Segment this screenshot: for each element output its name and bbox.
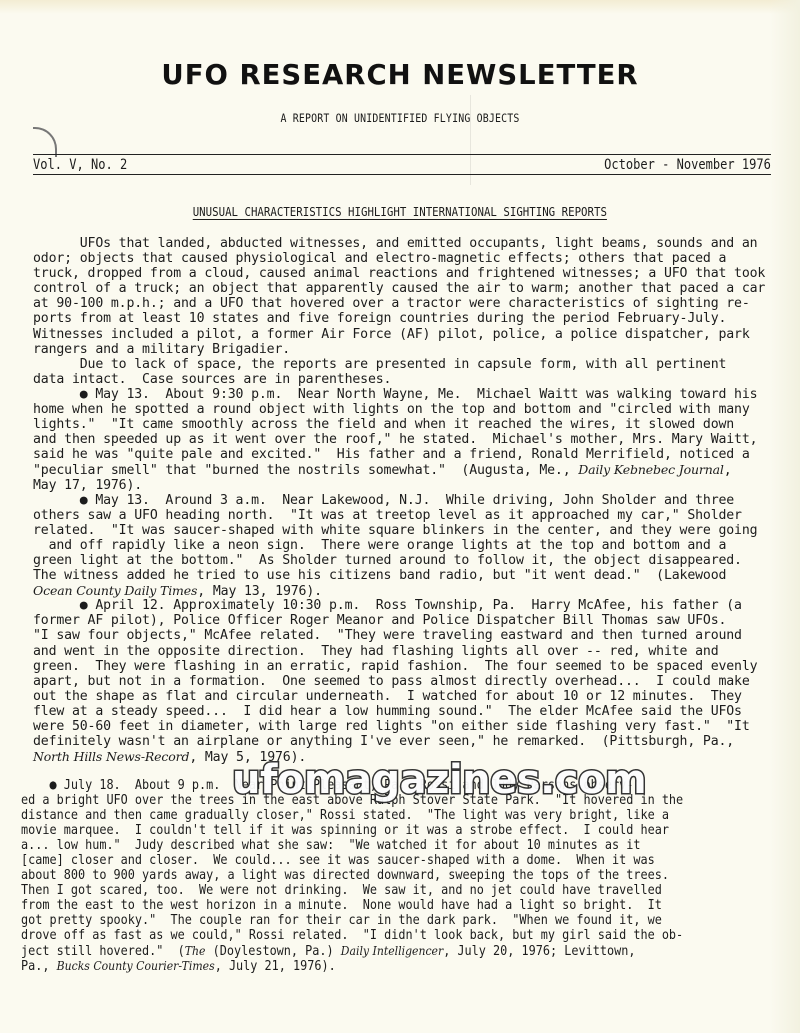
report-line: about 800 to 900 yards away, a light was… [21, 868, 682, 883]
report-line: Pa., Bucks County Courier-Times, July 21… [21, 958, 682, 973]
report-line: apart, but not in a formation. One seeme… [33, 674, 773, 689]
intro-line: Witnesses included a pilot, a former Air… [33, 327, 773, 342]
report-line: movie marquee. I couldn't tell if it was… [21, 823, 682, 838]
issue-date: October - November 1976 [604, 157, 771, 173]
article-headline: UNUSUAL CHARACTERISTICS HIGHLIGHT INTERN… [0, 204, 800, 219]
intro-line: ports from at least 10 states and five f… [33, 311, 773, 326]
report-line: flew at a steady speed... I did hear a l… [33, 704, 773, 719]
newsletter-subtitle: A REPORT ON UNIDENTIFIED FLYING OBJECTS [56, 111, 744, 125]
source-publication: Daily Kebnebec Journal [578, 462, 724, 477]
source-publication: Ocean County Daily Times [33, 583, 197, 598]
report-line: definitely wasn't an airplane or anythin… [33, 734, 773, 749]
report-line: related. "It was saucer-shaped with whit… [33, 523, 773, 538]
report-line: distance and then came gradually closer,… [21, 808, 682, 823]
source-publication: The [185, 943, 206, 958]
report-line: "peculiar smell" that "burned the nostri… [33, 462, 773, 477]
volume-number: Vol. V, No. 2 [33, 157, 127, 173]
report-line: drove off as fast as we could," Rossi re… [21, 928, 682, 943]
report-line: home when he spotted a round object with… [33, 402, 773, 417]
report-line: May 17, 1976). [33, 478, 773, 493]
article-body-continued: ● July 18. About 9 p.m. Near Point Pleas… [21, 778, 781, 973]
article-body: UFOs that landed, abducted witnesses, an… [33, 236, 773, 764]
report-line: and off rapidly like a neon sign. There … [33, 538, 773, 553]
report-line: ● May 13. Around 3 a.m. Near Lakewood, N… [33, 493, 773, 508]
newsletter-title: UFO RESEARCH NEWSLETTER [0, 59, 800, 91]
report-line: "I saw four objects," McAfee related. "T… [33, 628, 773, 643]
report-line: said he was "quite pale and excited." Hi… [33, 447, 773, 462]
issue-info-bar: Vol. V, No. 2 October - November 1976 [33, 157, 771, 173]
report-line: ● April 12. Approximately 10:30 p.m. Ros… [33, 598, 773, 613]
report-line: and then speeded up as it went over the … [33, 432, 773, 447]
report-line: ject still hovered." (The (Doylestown, P… [21, 943, 682, 958]
source-publication: Bucks County Courier-Times [57, 958, 215, 973]
article-headline-text: UNUSUAL CHARACTERISTICS HIGHLIGHT INTERN… [193, 204, 607, 219]
site-watermark: ufomagazines.com [232, 760, 646, 800]
intro-line: UFOs that landed, abducted witnesses, an… [33, 236, 773, 251]
intro-line: rangers and a military Brigadier. [33, 342, 773, 357]
report-line: Then I got scared, too. We were not drin… [21, 883, 682, 898]
intro-line: odor; objects that caused physiological … [33, 251, 773, 266]
source-publication: Daily Intelligencer [341, 943, 443, 958]
masthead-rule-bottom [33, 174, 771, 175]
source-publication: North Hills News-Record [33, 749, 189, 764]
masthead-rule-top [33, 154, 771, 155]
report-line: lights." "It came smoothly across the fi… [33, 417, 773, 432]
report-line: [came] closer and closer. We could... se… [21, 853, 682, 868]
intro-line: control of a truck; an object that appar… [33, 281, 773, 296]
report-line: and went in the opposite direction. They… [33, 644, 773, 659]
report-line: a... low hum." Judy described what she s… [21, 838, 682, 853]
report-line: were 50-60 feet in diameter, with large … [33, 719, 773, 734]
report-line: out the shape as flat and circular under… [33, 689, 773, 704]
intro-line: data intact. Case sources are in parenth… [33, 372, 773, 387]
report-line: got pretty spooky." The couple ran for t… [21, 913, 682, 928]
report-line: others saw a UFO heading north. "It was … [33, 508, 773, 523]
report-line: former AF pilot), Police Officer Roger M… [33, 613, 773, 628]
intro-line: at 90-100 m.p.h.; and a UFO that hovered… [33, 296, 773, 311]
report-line: ● May 13. About 9:30 p.m. Near North Way… [33, 387, 773, 402]
report-line: from the east to the west horizon in a m… [21, 898, 682, 913]
report-line: Ocean County Daily Times, May 13, 1976). [33, 583, 773, 598]
report-line: green light at the bottom." As Sholder t… [33, 553, 773, 568]
report-line: The witness added he tried to use his ci… [33, 568, 773, 583]
report-line: green. They were flashing in an erratic,… [33, 659, 773, 674]
intro-line: truck, dropped from a cloud, caused anim… [33, 266, 773, 281]
intro-line: Due to lack of space, the reports are pr… [33, 357, 773, 372]
